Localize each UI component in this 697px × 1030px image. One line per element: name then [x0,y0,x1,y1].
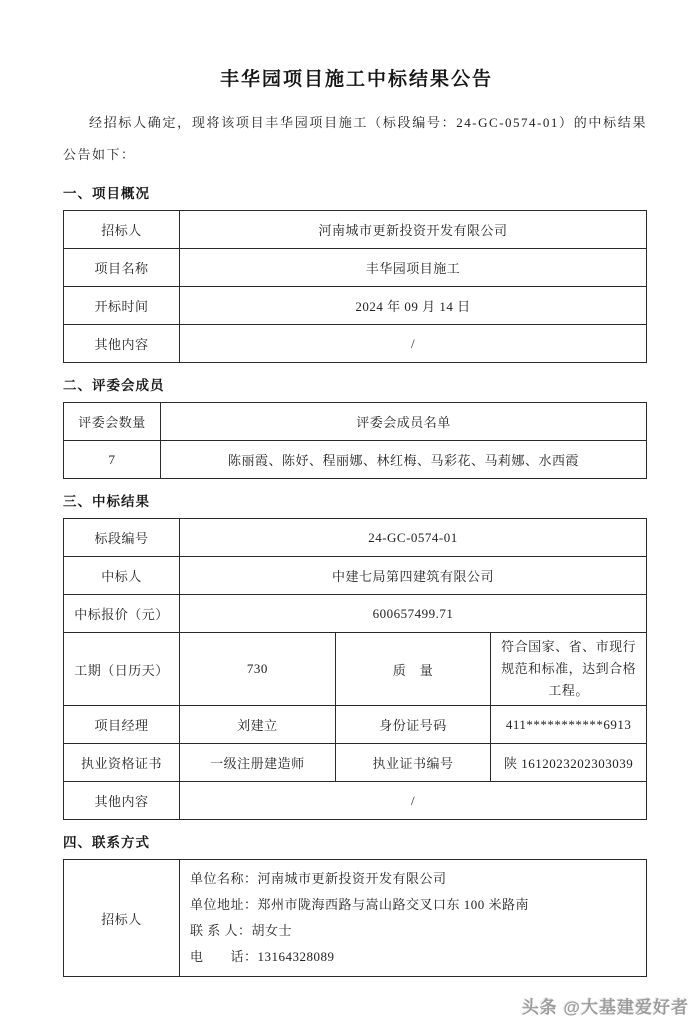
table-cell-value: 24-GC-0574-01 [180,519,647,557]
table-cell-value: 600657499.71 [180,595,647,633]
table-cell-label: 其他内容 [64,782,180,820]
table-cell-label: 身份证号码 [335,706,491,744]
section-heading-committee: 二、评委会成员 [63,374,650,394]
table-row: 项目名称 丰华园项目施工 [64,249,647,287]
table-cell-value: / [180,325,647,363]
table-row: 招标人 河南城市更新投资开发有限公司 [64,211,647,249]
table-cell-label: 中标人 [64,557,180,595]
table-cell-value: 陕 1612023202303039 [491,744,647,782]
contact-details-cell: 单位名称：河南城市更新投资开发有限公司 单位地址：郑州市陇海西路与嵩山路交叉口东… [180,860,647,977]
contact-company-address: 单位地址：郑州市陇海西路与嵩山路交叉口东 100 米路南 [190,892,636,918]
table-cell-value: 2024 年 09 月 14 日 [180,287,647,325]
section-heading-project-overview: 一、项目概况 [63,182,650,202]
watermark-text: 头条 @大基建爱好者 [522,993,689,1018]
committee-names-value: 陈丽霞、陈妤、程丽娜、林红梅、马彩花、马莉娜、水西霞 [161,441,647,479]
table-row: 招标人 单位名称：河南城市更新投资开发有限公司 单位地址：郑州市陇海西路与嵩山路… [64,860,647,977]
table-cell-value: 河南城市更新投资开发有限公司 [180,211,647,249]
table-row: 标段编号 24-GC-0574-01 [64,519,647,557]
table-row: 中标人 中建七局第四建筑有限公司 [64,557,647,595]
contact-table: 招标人 单位名称：河南城市更新投资开发有限公司 单位地址：郑州市陇海西路与嵩山路… [63,859,647,977]
table-cell-label: 开标时间 [64,287,180,325]
table-row: 中标报价（元） 600657499.71 [64,595,647,633]
table-cell-label: 招标人 [64,860,180,977]
table-cell-value: 刘建立 [180,706,336,744]
project-overview-table: 招标人 河南城市更新投资开发有限公司 项目名称 丰华园项目施工 开标时间 202… [63,210,647,363]
table-cell-value: 符合国家、省、市现行规范和标准，达到合格工程。 [491,633,647,706]
table-row: 项目经理 刘建立 身份证号码 411***********6913 [64,706,647,744]
table-row: 工期（日历天） 730 质 量 符合国家、省、市现行规范和标准，达到合格工程。 [64,633,647,706]
table-row: 其他内容 / [64,782,647,820]
table-row: 开标时间 2024 年 09 月 14 日 [64,287,647,325]
section-heading-bid-result: 三、中标结果 [63,490,650,510]
table-cell-value: 丰华园项目施工 [180,249,647,287]
table-cell-label: 招标人 [64,211,180,249]
committee-count-header: 评委会数量 [64,403,161,441]
committee-count-value: 7 [64,441,161,479]
table-cell-label: 项目经理 [64,706,180,744]
contact-person: 联 系 人：胡女士 [190,918,636,944]
contact-phone: 电 话：13164328089 [190,944,636,970]
intro-paragraph: 经招标人确定，现将该项目丰华园项目施工（标段编号：24-GC-0574-01）的… [63,107,647,171]
table-cell-value: 一级注册建造师 [180,744,336,782]
committee-table: 评委会数量 评委会成员名单 7 陈丽霞、陈妤、程丽娜、林红梅、马彩花、马莉娜、水… [63,402,647,479]
table-cell-label: 其他内容 [64,325,180,363]
table-cell-value: 中建七局第四建筑有限公司 [180,557,647,595]
table-row: 7 陈丽霞、陈妤、程丽娜、林红梅、马彩花、马莉娜、水西霞 [64,441,647,479]
announcement-document: 丰华园项目施工中标结果公告 经招标人确定，现将该项目丰华园项目施工（标段编号：2… [0,0,697,1030]
section-heading-contact: 四、联系方式 [63,831,650,851]
table-cell-label: 执业资格证书 [64,744,180,782]
table-cell-label: 标段编号 [64,519,180,557]
table-cell-label: 工期（日历天） [64,633,180,706]
page-title: 丰华园项目施工中标结果公告 [63,64,650,91]
contact-company-name: 单位名称：河南城市更新投资开发有限公司 [190,866,636,892]
table-cell-value: / [180,782,647,820]
bid-result-table: 标段编号 24-GC-0574-01 中标人 中建七局第四建筑有限公司 中标报价… [63,518,647,820]
table-cell-value: 730 [180,633,336,706]
table-cell-label: 执业证书编号 [335,744,491,782]
table-cell-value: 411***********6913 [491,706,647,744]
table-cell-label: 质 量 [335,633,491,706]
table-row: 执业资格证书 一级注册建造师 执业证书编号 陕 1612023202303039 [64,744,647,782]
table-cell-label: 项目名称 [64,249,180,287]
table-row: 其他内容 / [64,325,647,363]
table-cell-label: 中标报价（元） [64,595,180,633]
committee-names-header: 评委会成员名单 [161,403,647,441]
table-header-row: 评委会数量 评委会成员名单 [64,403,647,441]
